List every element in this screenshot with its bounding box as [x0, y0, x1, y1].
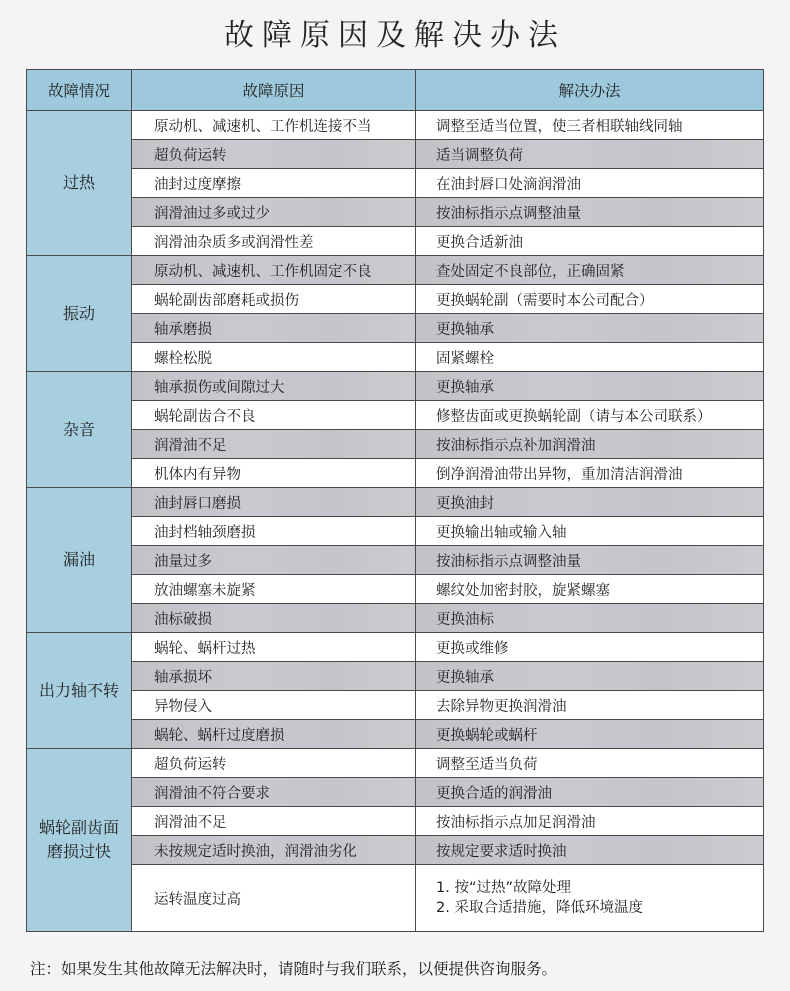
header-fault: 故障情况	[27, 70, 132, 111]
solution-cell: 按油标指示点补加润滑油	[416, 430, 764, 459]
solution-cell: 按油标指示点调整油量	[416, 198, 764, 227]
cause-cell: 润滑油杂质多或润滑性差	[132, 227, 416, 256]
solution-cell: 更换轴承	[416, 372, 764, 401]
table-row: 未按规定适时换油，润滑油劣化 按规定要求适时换油	[27, 836, 764, 865]
table-row: 异物侵入 去除异物更换润滑油	[27, 691, 764, 720]
cause-cell: 蜗轮、蜗杆过热	[132, 633, 416, 662]
cause-cell: 轴承磨损	[132, 314, 416, 343]
cause-cell: 润滑油不符合要求	[132, 778, 416, 807]
category-vibration: 振动	[27, 256, 132, 372]
footnote: 注：如果发生其他故障无法解决时，请随时与我们联系，以便提供咨询服务。	[30, 957, 557, 979]
header-cause: 故障原因	[132, 70, 416, 111]
table-row: 出力轴不转 蜗轮、蜗杆过热 更换或维修	[27, 633, 764, 662]
cause-cell: 润滑油不足	[132, 430, 416, 459]
table-row: 润滑油不符合要求 更换合适的润滑油	[27, 778, 764, 807]
cause-cell: 异物侵入	[132, 691, 416, 720]
solution-cell: 查处固定不良部位，正确固紧	[416, 256, 764, 285]
troubleshooting-table: 故障情况 故障原因 解决办法 过热 原动机、减速机、工作机连接不当 调整至适当位…	[26, 69, 764, 932]
category-line: 蜗轮副齿面	[27, 816, 131, 840]
solution-cell: 更换合适的润滑油	[416, 778, 764, 807]
cause-cell: 油量过多	[132, 546, 416, 575]
cause-cell: 原动机、减速机、工作机固定不良	[132, 256, 416, 285]
category-line: 磨损过快	[27, 840, 131, 864]
category-output-shaft-stuck: 出力轴不转	[27, 633, 132, 749]
solution-cell: 固紧螺栓	[416, 343, 764, 372]
cause-cell: 油封过度摩擦	[132, 169, 416, 198]
table-row: 蜗轮副齿部磨耗或损伤 更换蜗轮副（需要时本公司配合）	[27, 285, 764, 314]
cause-cell: 油封唇口磨损	[132, 488, 416, 517]
table-row: 螺栓松脱 固紧螺栓	[27, 343, 764, 372]
cause-cell: 蜗轮副齿合不良	[132, 401, 416, 430]
solution-cell: 修整齿面或更换蜗轮副（请与本公司联系）	[416, 401, 764, 430]
solution-cell: 更换蜗轮或蜗杆	[416, 720, 764, 749]
solution-cell: 适当调整负荷	[416, 140, 764, 169]
solution-cell: 按规定要求适时换油	[416, 836, 764, 865]
header-solution: 解决办法	[416, 70, 764, 111]
table-row: 润滑油过多或过少 按油标指示点调整油量	[27, 198, 764, 227]
table-row: 润滑油杂质多或润滑性差 更换合适新油	[27, 227, 764, 256]
table-row: 油量过多 按油标指示点调整油量	[27, 546, 764, 575]
solution-cell: 更换油封	[416, 488, 764, 517]
solution-cell: 倒净润滑油带出异物，重加清洁润滑油	[416, 459, 764, 488]
cause-cell: 蜗轮副齿部磨耗或损伤	[132, 285, 416, 314]
cause-cell: 放油螺塞未旋紧	[132, 575, 416, 604]
table-row: 振动 原动机、减速机、工作机固定不良 查处固定不良部位，正确固紧	[27, 256, 764, 285]
category-oil-leak: 漏油	[27, 488, 132, 633]
cause-cell: 油标破损	[132, 604, 416, 633]
solution-cell: 去除异物更换润滑油	[416, 691, 764, 720]
solution-cell: 更换轴承	[416, 314, 764, 343]
page-title: 故障原因及解决办法	[0, 10, 790, 54]
solution-cell: 更换或维修	[416, 633, 764, 662]
cause-cell: 润滑油过多或过少	[132, 198, 416, 227]
table-row: 轴承磨损 更换轴承	[27, 314, 764, 343]
solution-cell: 更换输出轴或输入轴	[416, 517, 764, 546]
solution-line: 2. 采取合适措施，降低环境温度	[436, 898, 763, 918]
cause-cell: 轴承损坏	[132, 662, 416, 691]
table-row: 杂音 轴承损伤或间隙过大 更换轴承	[27, 372, 764, 401]
cause-cell: 机体内有异物	[132, 459, 416, 488]
cause-cell: 原动机、减速机、工作机连接不当	[132, 111, 416, 140]
solution-cell: 按油标指示点加足润滑油	[416, 807, 764, 836]
solution-cell: 更换轴承	[416, 662, 764, 691]
table-row: 机体内有异物 倒净润滑油带出异物，重加清洁润滑油	[27, 459, 764, 488]
cause-cell: 润滑油不足	[132, 807, 416, 836]
solution-cell: 在油封唇口处滴润滑油	[416, 169, 764, 198]
cause-cell: 蜗轮、蜗杆过度磨损	[132, 720, 416, 749]
table-row: 轴承损坏 更换轴承	[27, 662, 764, 691]
table-row: 放油螺塞未旋紧 螺纹处加密封胶，旋紧螺塞	[27, 575, 764, 604]
category-gear-wear: 蜗轮副齿面 磨损过快	[27, 749, 132, 932]
solution-cell: 调整至适当负荷	[416, 749, 764, 778]
table-row: 油标破损 更换油标	[27, 604, 764, 633]
solution-cell: 更换油标	[416, 604, 764, 633]
table-row: 润滑油不足 按油标指示点加足润滑油	[27, 807, 764, 836]
cause-cell: 油封档轴颈磨损	[132, 517, 416, 546]
table-row: 漏油 油封唇口磨损 更换油封	[27, 488, 764, 517]
solution-cell: 螺纹处加密封胶，旋紧螺塞	[416, 575, 764, 604]
table-row: 蜗轮副齿面 磨损过快 超负荷运转 调整至适当负荷	[27, 749, 764, 778]
table-row: 润滑油不足 按油标指示点补加润滑油	[27, 430, 764, 459]
cause-cell: 轴承损伤或间隙过大	[132, 372, 416, 401]
solution-line: 1. 按“过热”故障处理	[436, 878, 763, 898]
table-row: 蜗轮、蜗杆过度磨损 更换蜗轮或蜗杆	[27, 720, 764, 749]
table-row: 过热 原动机、减速机、工作机连接不当 调整至适当位置，使三者相联轴线同轴	[27, 111, 764, 140]
table-row: 油封过度摩擦 在油封唇口处滴润滑油	[27, 169, 764, 198]
solution-cell: 更换蜗轮副（需要时本公司配合）	[416, 285, 764, 314]
solution-cell: 调整至适当位置，使三者相联轴线同轴	[416, 111, 764, 140]
table-row: 运转温度过高 1. 按“过热”故障处理 2. 采取合适措施，降低环境温度	[27, 865, 764, 932]
cause-cell: 运转温度过高	[132, 865, 416, 932]
category-overheat: 过热	[27, 111, 132, 256]
cause-cell: 未按规定适时换油，润滑油劣化	[132, 836, 416, 865]
table-row: 油封档轴颈磨损 更换输出轴或输入轴	[27, 517, 764, 546]
table-row: 蜗轮副齿合不良 修整齿面或更换蜗轮副（请与本公司联系）	[27, 401, 764, 430]
cause-cell: 超负荷运转	[132, 749, 416, 778]
cause-cell: 超负荷运转	[132, 140, 416, 169]
table-header-row: 故障情况 故障原因 解决办法	[27, 70, 764, 111]
category-noise: 杂音	[27, 372, 132, 488]
cause-cell: 螺栓松脱	[132, 343, 416, 372]
solution-cell: 更换合适新油	[416, 227, 764, 256]
solution-cell: 1. 按“过热”故障处理 2. 采取合适措施，降低环境温度	[416, 865, 764, 932]
solution-cell: 按油标指示点调整油量	[416, 546, 764, 575]
table-row: 超负荷运转 适当调整负荷	[27, 140, 764, 169]
